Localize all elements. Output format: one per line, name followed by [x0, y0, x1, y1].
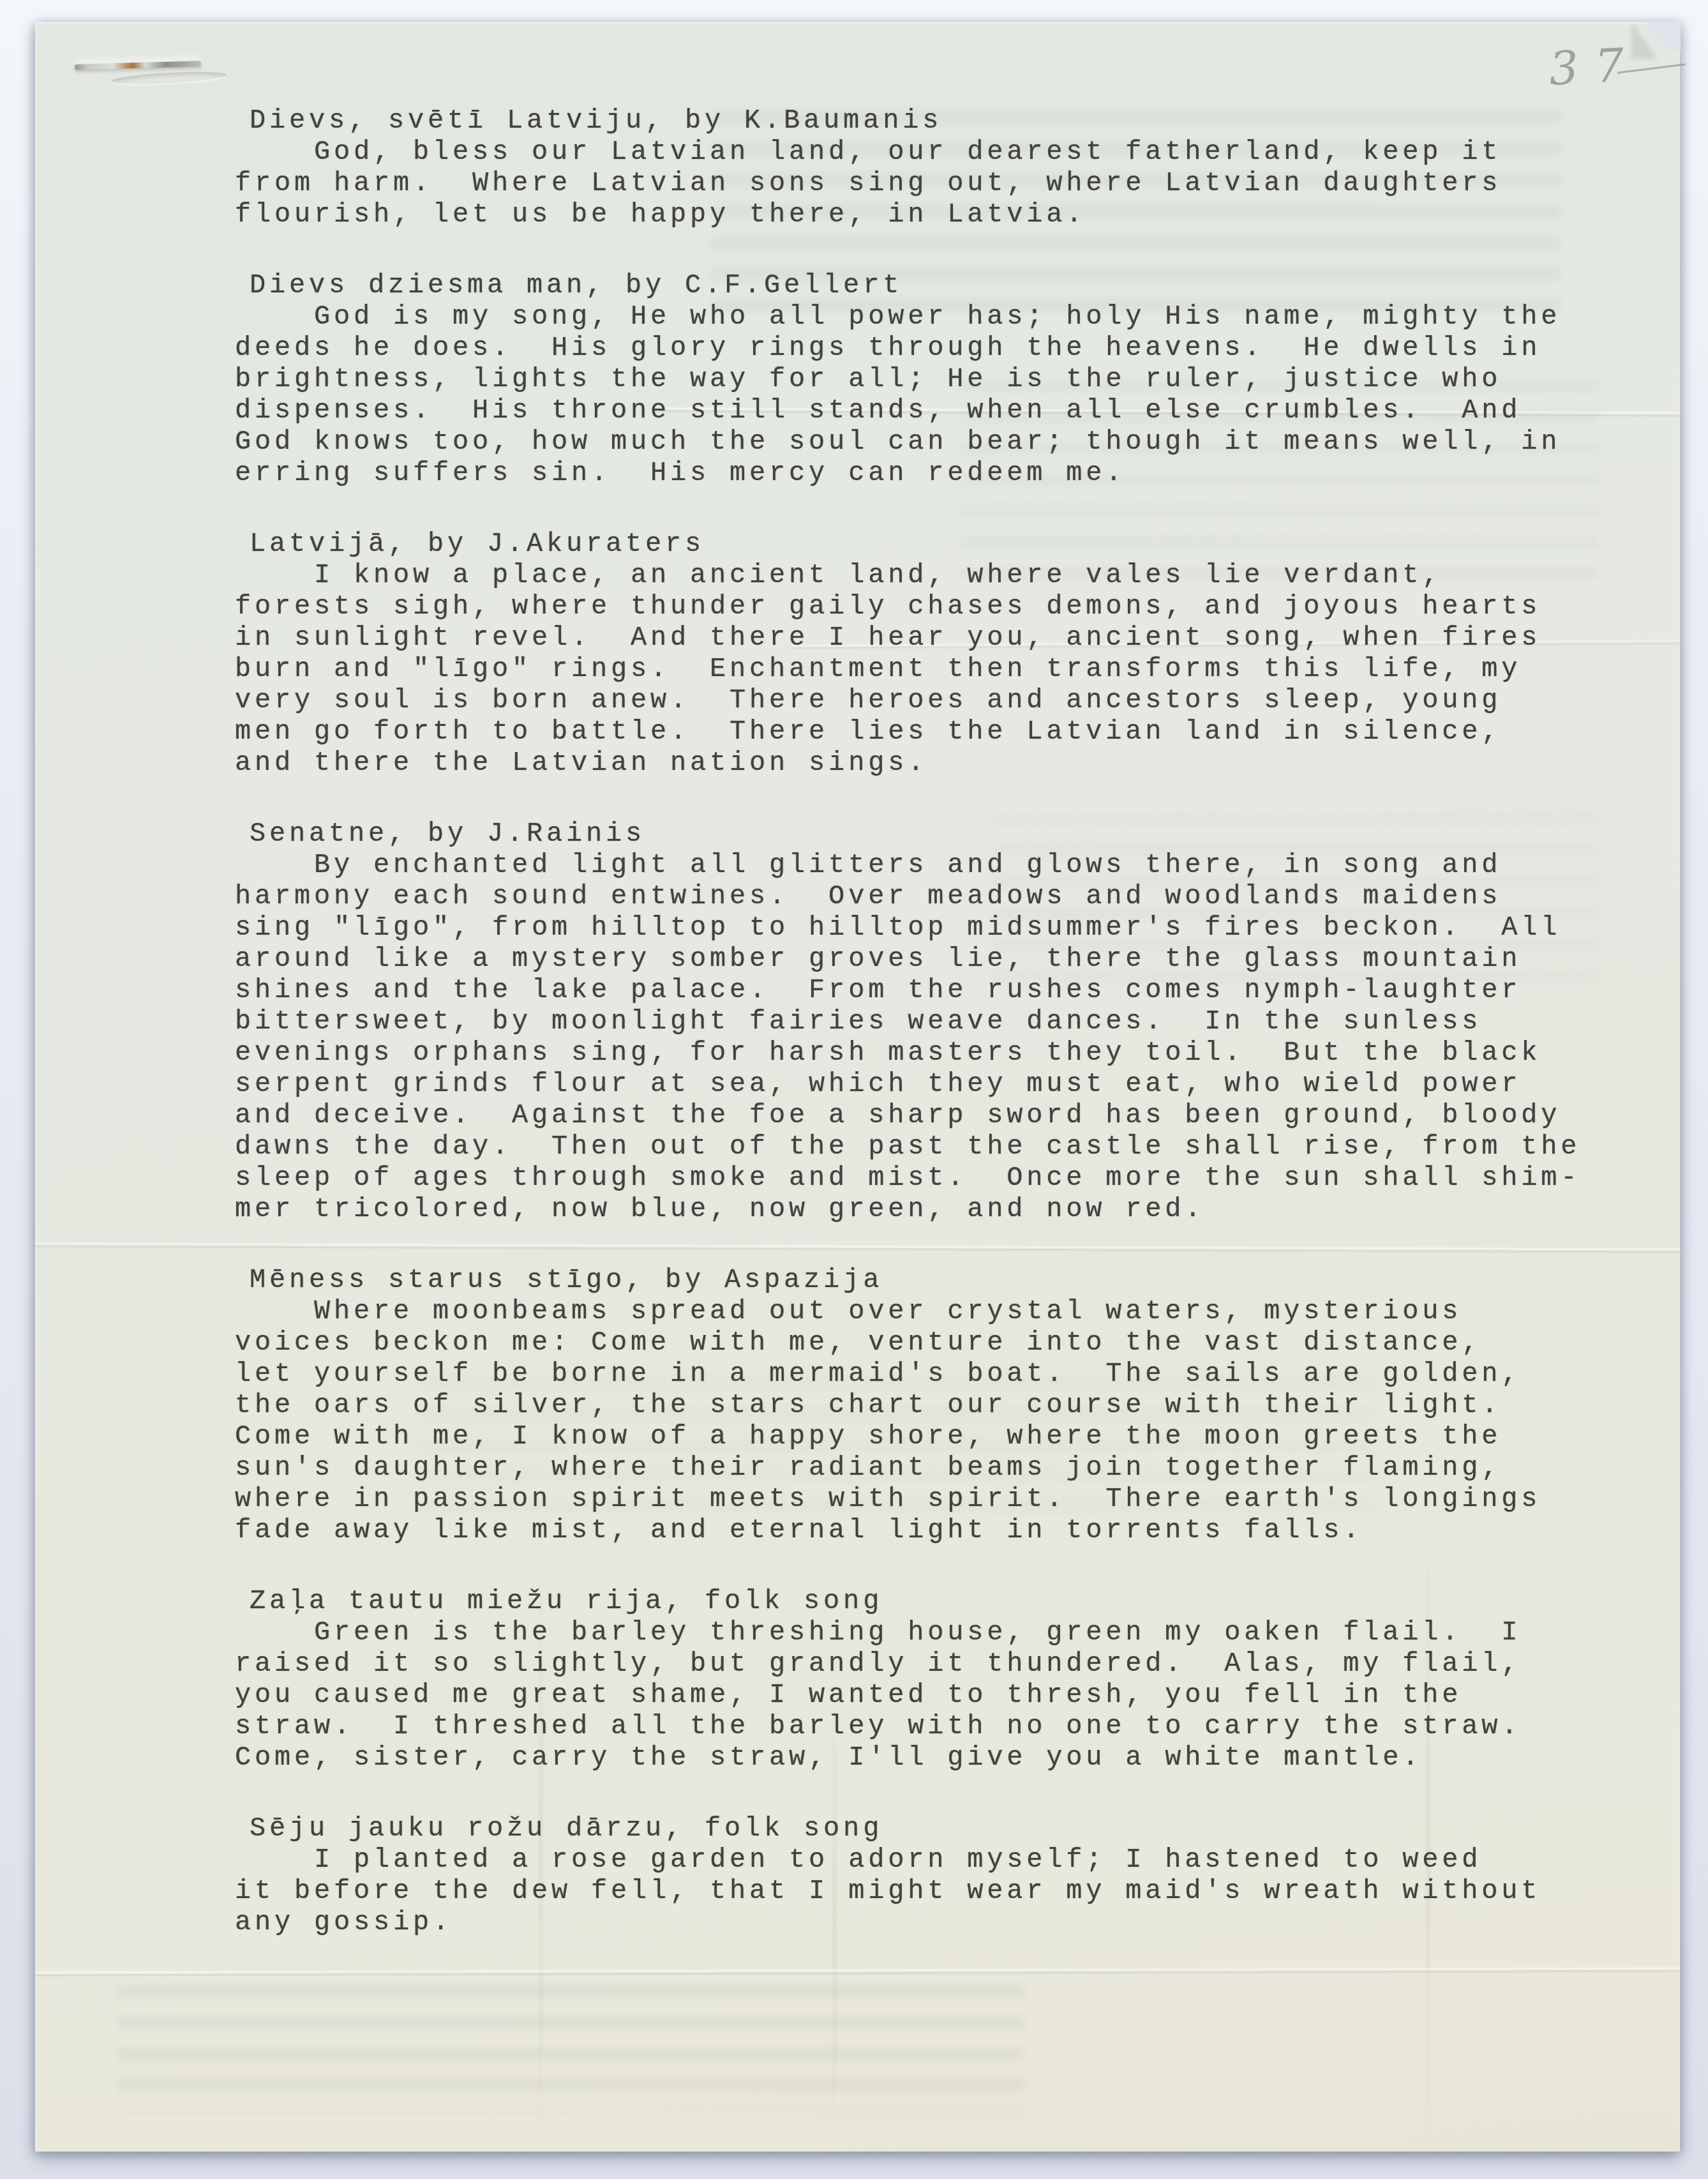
song-line: shines and the lake palace. From the rus… — [235, 975, 1580, 1006]
song-section: Sēju jauku rožu dārzu, folk song I plant… — [235, 1813, 1580, 1938]
song-line: straw. I threshed all the barley with no… — [235, 1711, 1580, 1742]
song-title: Dievs, svētī Latviju, by K.Baumanis — [235, 105, 1580, 137]
document-text: Dievs, svētī Latviju, by K.Baumanis God,… — [235, 105, 1580, 1938]
song-section: Dievs, svētī Latviju, by K.Baumanis God,… — [235, 105, 1580, 230]
song-title: Latvijā, by J.Akuraters — [235, 529, 1580, 560]
song-section: Senatne, by J.Rainis By enchanted light … — [235, 818, 1580, 1225]
paper-crease — [35, 1968, 1680, 1975]
song-line: fade away like mist, and eternal light i… — [235, 1515, 1580, 1546]
song-line: where in passion spirit meets with spiri… — [235, 1484, 1580, 1515]
song-line: flourish, let us be happy there, in Latv… — [235, 199, 1580, 230]
song-line: dawns the day. Then out of the past the … — [235, 1131, 1580, 1163]
song-line: dispenses. His throne still stands, when… — [235, 395, 1580, 426]
song-title: Sēju jauku rožu dārzu, folk song — [235, 1813, 1580, 1844]
song-line: you caused me great shame, I wanted to t… — [235, 1680, 1580, 1711]
song-line: and there the Latvian nation sings. — [235, 748, 1580, 779]
song-line: deeds he does. His glory rings through t… — [235, 333, 1580, 364]
song-title: Senatne, by J.Rainis — [235, 818, 1580, 850]
song-line: God is my song, He who all power has; ho… — [235, 301, 1580, 333]
song-line: burn and "līgo" rings. Enchantment then … — [235, 654, 1580, 685]
corner-fold — [1644, 21, 1681, 54]
paper-sheet: 37 Dievs, svētī Latviju, by K.Baumanis G… — [35, 22, 1680, 2152]
staple-dent — [112, 70, 227, 86]
song-line: any gossip. — [235, 1907, 1580, 1938]
song-line: Green is the barley threshing house, gre… — [235, 1617, 1580, 1648]
song-line: raised it so slightly, but grandly it th… — [235, 1648, 1580, 1680]
song-line: men go forth to battle. There lies the L… — [235, 716, 1580, 748]
song-line: in sunlight revel. And there I hear you,… — [235, 622, 1580, 654]
page-number: 37 — [1548, 37, 1642, 95]
song-section: Latvijā, by J.Akuraters I know a place, … — [235, 529, 1580, 779]
song-line: harmony each sound entwines. Over meadow… — [235, 881, 1580, 912]
song-line: I know a place, an ancient land, where v… — [235, 560, 1580, 591]
song-line: evenings orphans sing, for harsh masters… — [235, 1037, 1580, 1069]
song-line: and deceive. Against the foe a sharp swo… — [235, 1100, 1580, 1131]
song-line: serpent grinds flour at sea, which they … — [235, 1069, 1580, 1100]
song-title: Zaļa tautu miežu rija, folk song — [235, 1586, 1580, 1617]
song-line: from harm. Where Latvian sons sing out, … — [235, 168, 1580, 199]
song-line: God, bless our Latvian land, our dearest… — [235, 137, 1580, 168]
song-line: brightness, lights the way for all; He i… — [235, 364, 1580, 395]
song-line: I planted a rose garden to adorn myself;… — [235, 1844, 1580, 1876]
song-line: erring suffers sin. His mercy can redeem… — [235, 458, 1580, 489]
song-title: Dievs dziesma man, by C.F.Gellert — [235, 270, 1580, 301]
song-line: Where moonbeams spread out over crystal … — [235, 1296, 1580, 1327]
song-line: sun's daughter, where their radiant beam… — [235, 1452, 1580, 1484]
song-line: God knows too, how much the soul can bea… — [235, 426, 1580, 458]
song-line: let yourself be borne in a mermaid's boa… — [235, 1359, 1580, 1390]
song-line: the oars of silver, the stars chart our … — [235, 1390, 1580, 1421]
song-line: Come with me, I know of a happy shore, w… — [235, 1421, 1580, 1452]
song-section: Dievs dziesma man, by C.F.Gellert God is… — [235, 270, 1580, 489]
song-line: mer tricolored, now blue, now green, and… — [235, 1194, 1580, 1225]
song-line: forests sigh, where thunder gaily chases… — [235, 591, 1580, 622]
song-line: Come, sister, carry the straw, I'll give… — [235, 1742, 1580, 1774]
song-section: Mēness starus stīgo, by Aspazija Where m… — [235, 1265, 1580, 1546]
ink-bleed-through — [118, 1985, 1024, 2113]
song-line: around like a mystery somber groves lie,… — [235, 944, 1580, 975]
song-line: it before the dew fell, that I might wea… — [235, 1876, 1580, 1907]
song-line: By enchanted light all glitters and glow… — [235, 850, 1580, 881]
song-line: sleep of ages through smoke and mist. On… — [235, 1163, 1580, 1194]
song-line: voices beckon me: Come with me, venture … — [235, 1327, 1580, 1359]
song-line: sing "līgo", from hilltop to hilltop mid… — [235, 912, 1580, 944]
song-section: Zaļa tautu miežu rija, folk song Green i… — [235, 1586, 1580, 1774]
song-title: Mēness starus stīgo, by Aspazija — [235, 1265, 1580, 1296]
staple-mark — [75, 61, 201, 70]
song-line: very soul is born anew. There heroes and… — [235, 685, 1580, 716]
song-line: bittersweet, by moonlight fairies weave … — [235, 1006, 1580, 1037]
